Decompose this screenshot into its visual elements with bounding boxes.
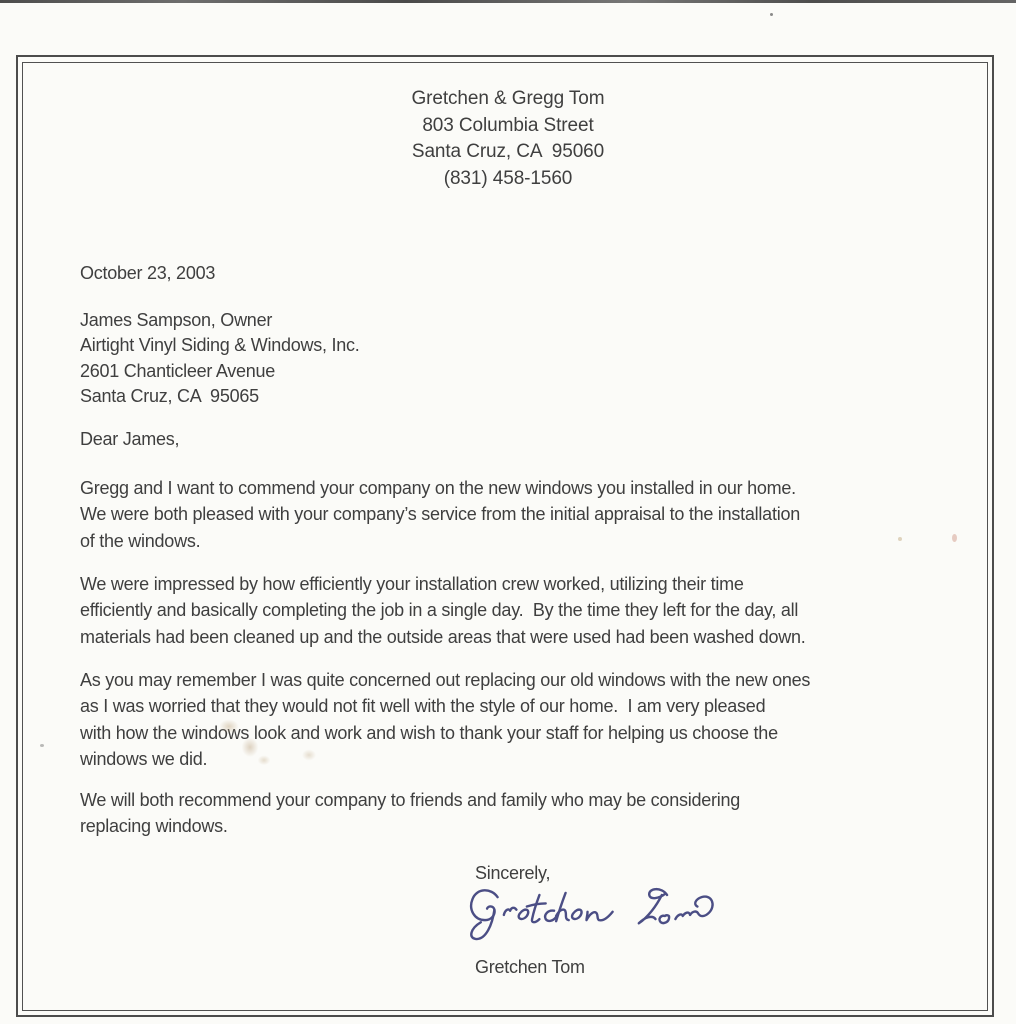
scan-speck	[898, 537, 902, 541]
signature-ink-strokes	[462, 884, 734, 950]
handwritten-signature	[462, 884, 734, 950]
salutation: Dear James,	[80, 426, 179, 452]
letter-paragraph: We were impressed by how efficiently you…	[80, 571, 806, 650]
scan-edge-artifact	[0, 0, 1016, 3]
letter-paragraph: Gregg and I want to commend your company…	[80, 475, 800, 554]
scan-speck	[40, 744, 44, 747]
scan-smudge	[292, 742, 326, 768]
closing-line: Sincerely,	[475, 860, 550, 886]
scan-speck	[952, 534, 957, 542]
letter-paragraph: We will both recommend your company to f…	[80, 787, 740, 840]
letterhead: Gretchen & Gregg Tom803 Columbia StreetS…	[0, 86, 1016, 192]
scan-speck	[770, 13, 773, 16]
letter-paragraph: As you may remember I was quite concerne…	[80, 667, 810, 772]
typed-signature-name: Gretchen Tom	[475, 954, 585, 980]
date-line: October 23, 2003	[80, 260, 215, 286]
recipient-address-block: James Sampson, OwnerAirtight Vinyl Sidin…	[80, 308, 360, 410]
scan-smudge	[208, 716, 278, 768]
